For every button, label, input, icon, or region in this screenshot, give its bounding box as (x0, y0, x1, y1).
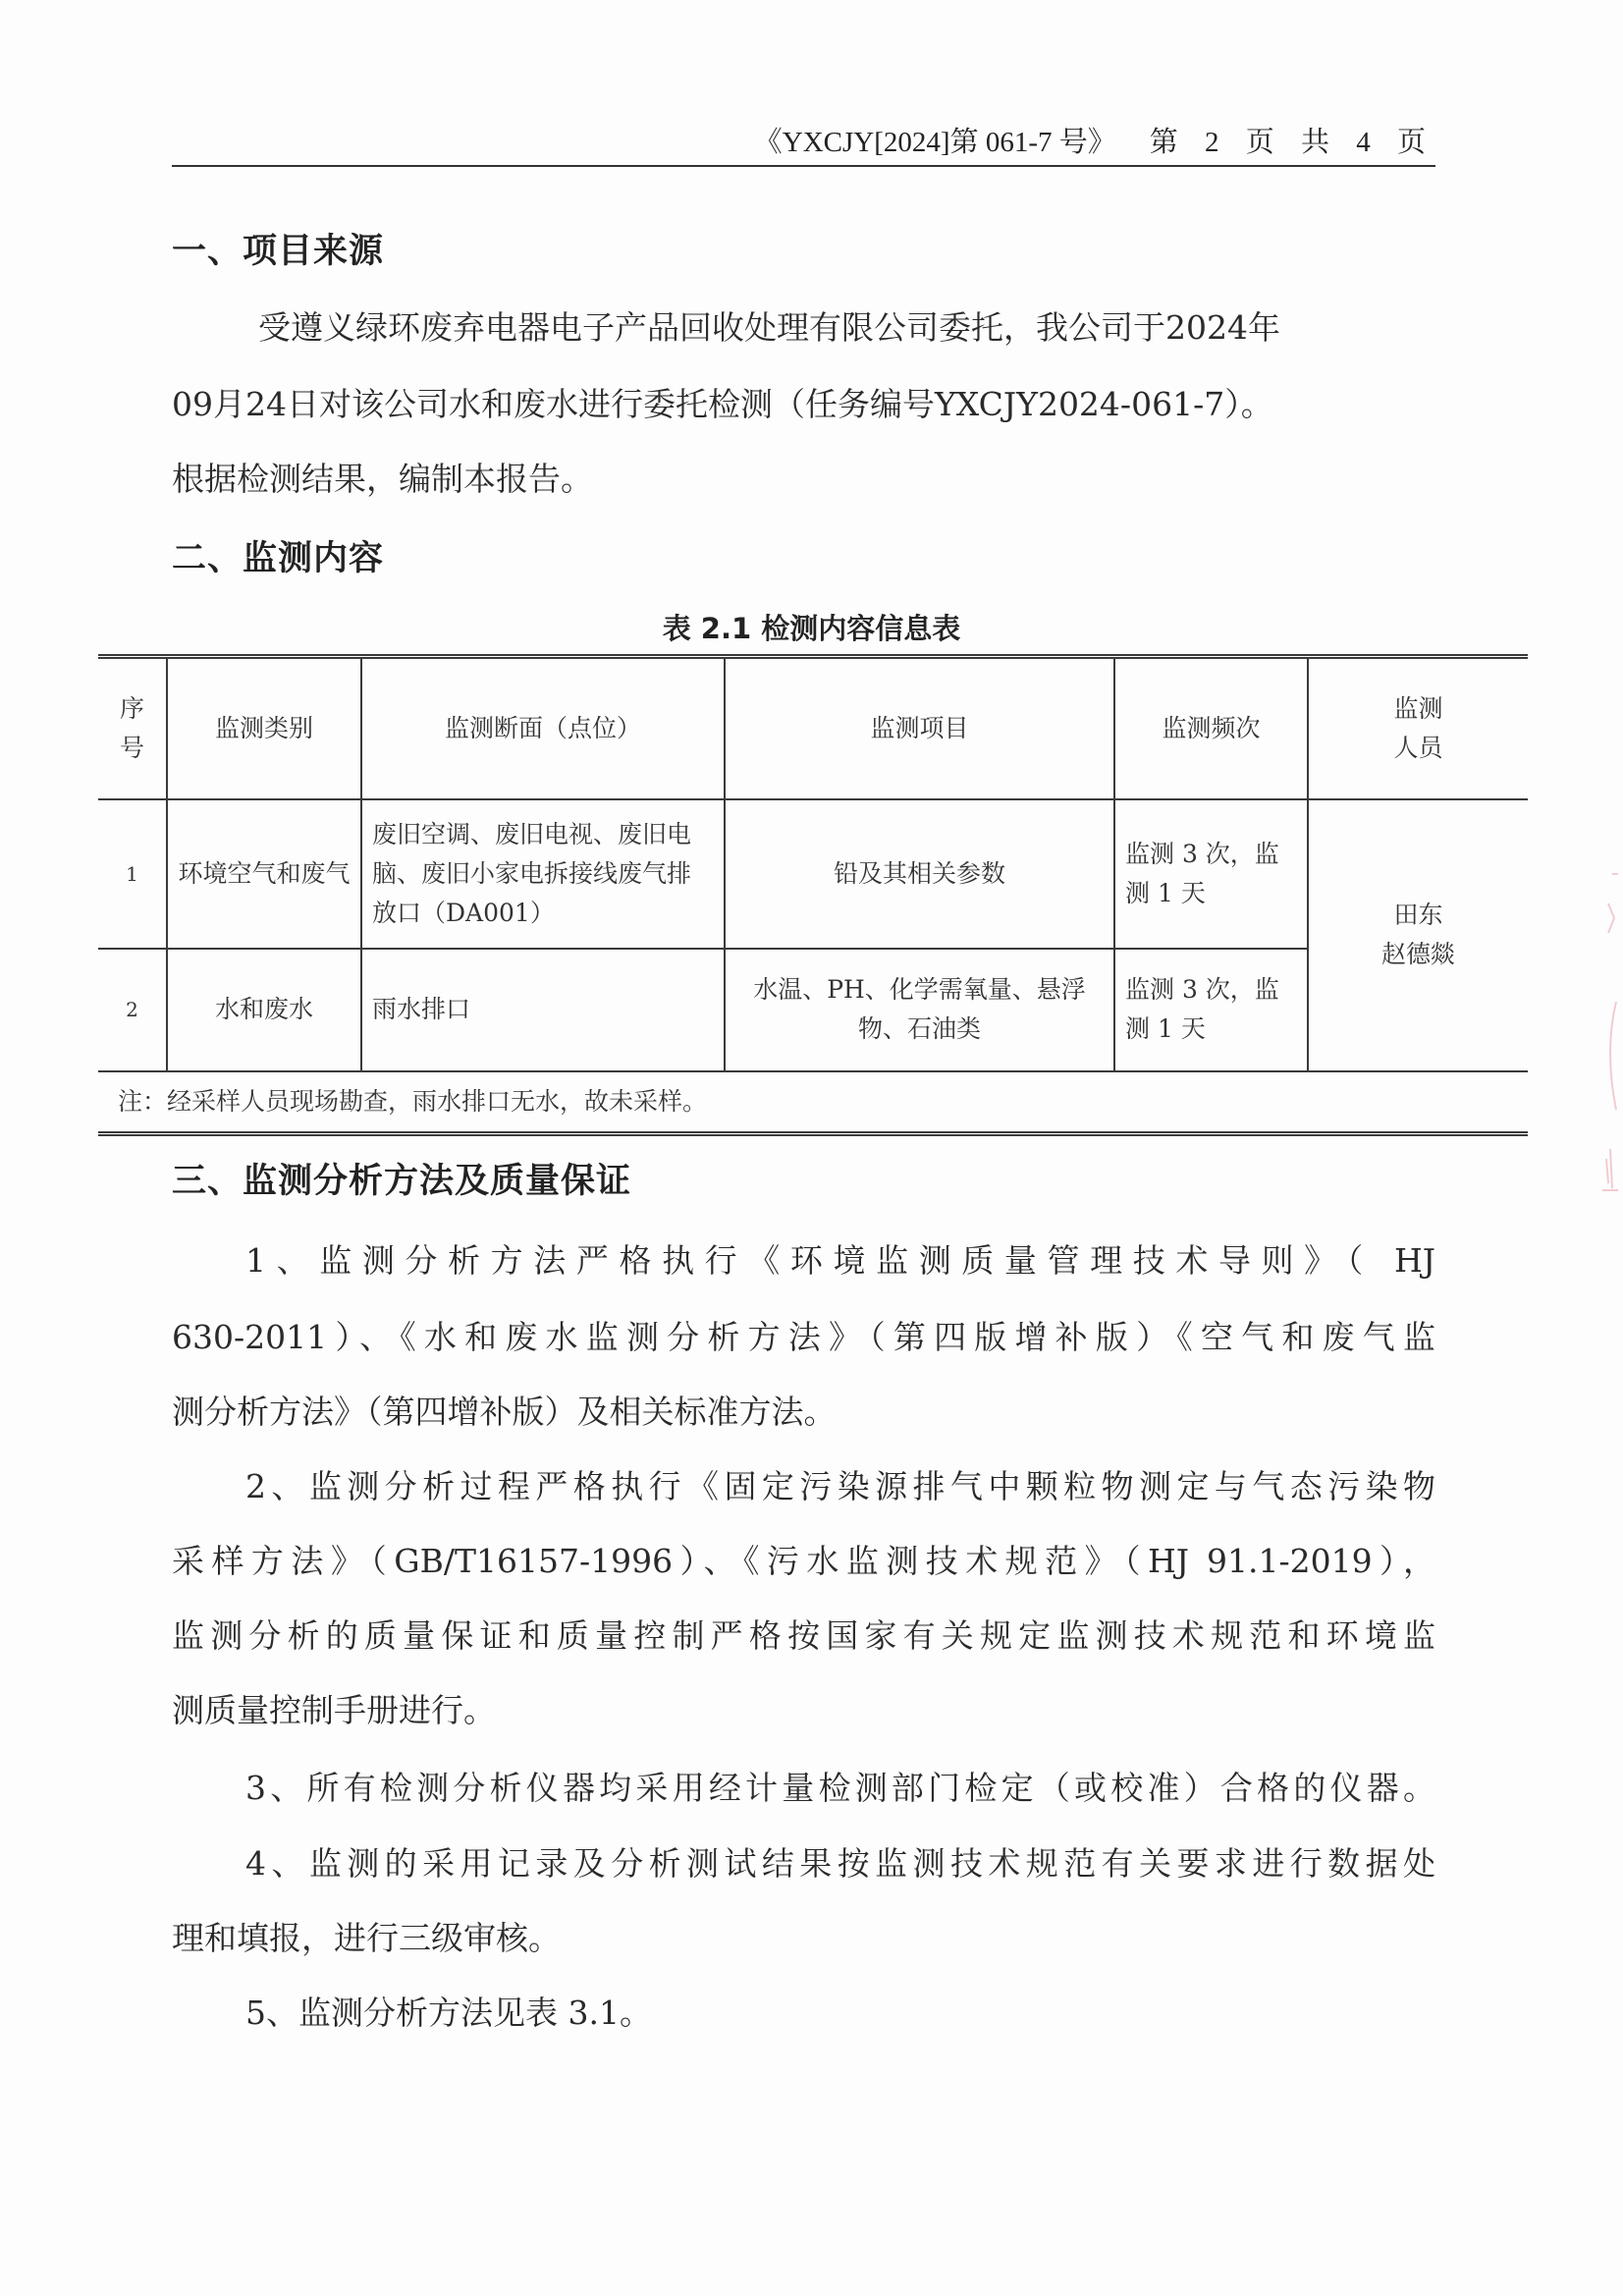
cell-frequency: 监测 3 次，监测 1 天 (1114, 799, 1308, 949)
table-row: 1 环境空气和废气 废旧空调、废旧电视、废旧电脑、废旧小家电拆接线废气排放口（D… (98, 799, 1528, 949)
header-personnel-line: 人员 (1319, 729, 1518, 768)
header-location: 监测断面（点位） (361, 657, 725, 799)
document-page: 《YXCJY[2024]第 061-7 号》第 2 页 共 4 页 一、项目来源… (0, 0, 1623, 2296)
paragraph-line: 采样方法》（GB/T16157-1996）、《污水监测技术规范》（HJ 91.1… (172, 1536, 1435, 1582)
cell-category: 水和废水 (167, 949, 361, 1071)
page-info: 第 2 页 共 4 页 (1150, 127, 1435, 158)
header-divider (172, 165, 1435, 167)
cell-items: 铅及其相关参数 (725, 799, 1114, 949)
cell-frequency: 监测 3 次，监测 1 天 (1114, 949, 1308, 1071)
paragraph-line: 理和填报，进行三级审核。 (172, 1913, 561, 1959)
header-personnel-line: 监测 (1319, 689, 1518, 729)
cell-location: 废旧空调、废旧电视、废旧电脑、废旧小家电拆接线废气排放口（DA001） (361, 799, 725, 949)
paragraph-line: 根据检测结果，编制本报告。 (172, 454, 593, 500)
paragraph-line: 5、监测分析方法见表 3.1。 (245, 1988, 652, 2034)
paragraph-line: 监测分析的质量保证和质量控制严格按国家有关规定监测技术规范和环境监 (172, 1611, 1435, 1657)
section-3-title: 三、监测分析方法及质量保证 (172, 1154, 631, 1203)
cell-location: 雨水排口 (361, 949, 725, 1071)
paragraph-line: 受遵义绿环废弃电器电子产品回收处理有限公司委托，我公司于2024年 (258, 302, 1280, 349)
paragraph-line: 630-2011）、《水和废水监测分析方法》（第四版增补版）《空气和废气监 (172, 1312, 1435, 1358)
seal-stamp-fragment-icon (1583, 864, 1618, 1198)
cell-personnel: 田东 赵德燚 (1308, 799, 1528, 1071)
doc-number: 《YXCJY[2024]第 061-7 号》 (754, 127, 1116, 158)
monitoring-content-table: 序 号 监测类别 监测断面（点位） 监测项目 监测频次 监测 人员 1 环境空气… (98, 654, 1528, 1136)
header-category: 监测类别 (167, 657, 361, 799)
paragraph-line: 4、监测的采用记录及分析测试结果按监测技术规范有关要求进行数据处 (245, 1838, 1435, 1885)
personnel-name: 赵德燚 (1319, 935, 1518, 974)
cell-seq: 2 (98, 949, 167, 1071)
table-note-row: 注：经采样人员现场勘查，雨水排口无水，故未采样。 (98, 1071, 1528, 1134)
header-personnel: 监测 人员 (1308, 657, 1528, 799)
paragraph-line: 测分析方法》（第四增补版）及相关标准方法。 (172, 1387, 837, 1433)
paragraph-line: 2、监测分析过程严格执行《固定污染源排气中颗粒物测定与气态污染物 (245, 1461, 1435, 1507)
paragraph-line: 测质量控制手册进行。 (172, 1685, 496, 1731)
paragraph-line: 3、所有检测分析仪器均采用经计量检测部门检定（或校准）合格的仪器。 (245, 1763, 1435, 1809)
table-header-row: 序 号 监测类别 监测断面（点位） 监测项目 监测频次 监测 人员 (98, 657, 1528, 799)
header-seq-line: 序 (108, 689, 156, 729)
table-note: 注：经采样人员现场勘查，雨水排口无水，故未采样。 (98, 1071, 1528, 1134)
header-seq-line: 号 (108, 729, 156, 768)
header-items: 监测项目 (725, 657, 1114, 799)
cell-items: 水温、PH、化学需氧量、悬浮物、石油类 (725, 949, 1114, 1071)
paragraph-line: 09月24日对该公司水和废水进行委托检测（任务编号YXCJY2024-061-7… (172, 379, 1273, 425)
cell-category: 环境空气和废气 (167, 799, 361, 949)
paragraph-line: 1、监测分析方法严格执行《环境监测质量管理技术导则》（ HJ (245, 1235, 1435, 1282)
section-1-title: 一、项目来源 (172, 224, 384, 273)
header-frequency: 监测频次 (1114, 657, 1308, 799)
section-2-title: 二、监测内容 (172, 531, 384, 580)
personnel-name: 田东 (1319, 896, 1518, 935)
cell-seq: 1 (98, 799, 167, 949)
header-seq: 序 号 (98, 657, 167, 799)
page-header: 《YXCJY[2024]第 061-7 号》第 2 页 共 4 页 (172, 120, 1435, 165)
table-caption: 表 2.1 检测内容信息表 (0, 607, 1623, 647)
